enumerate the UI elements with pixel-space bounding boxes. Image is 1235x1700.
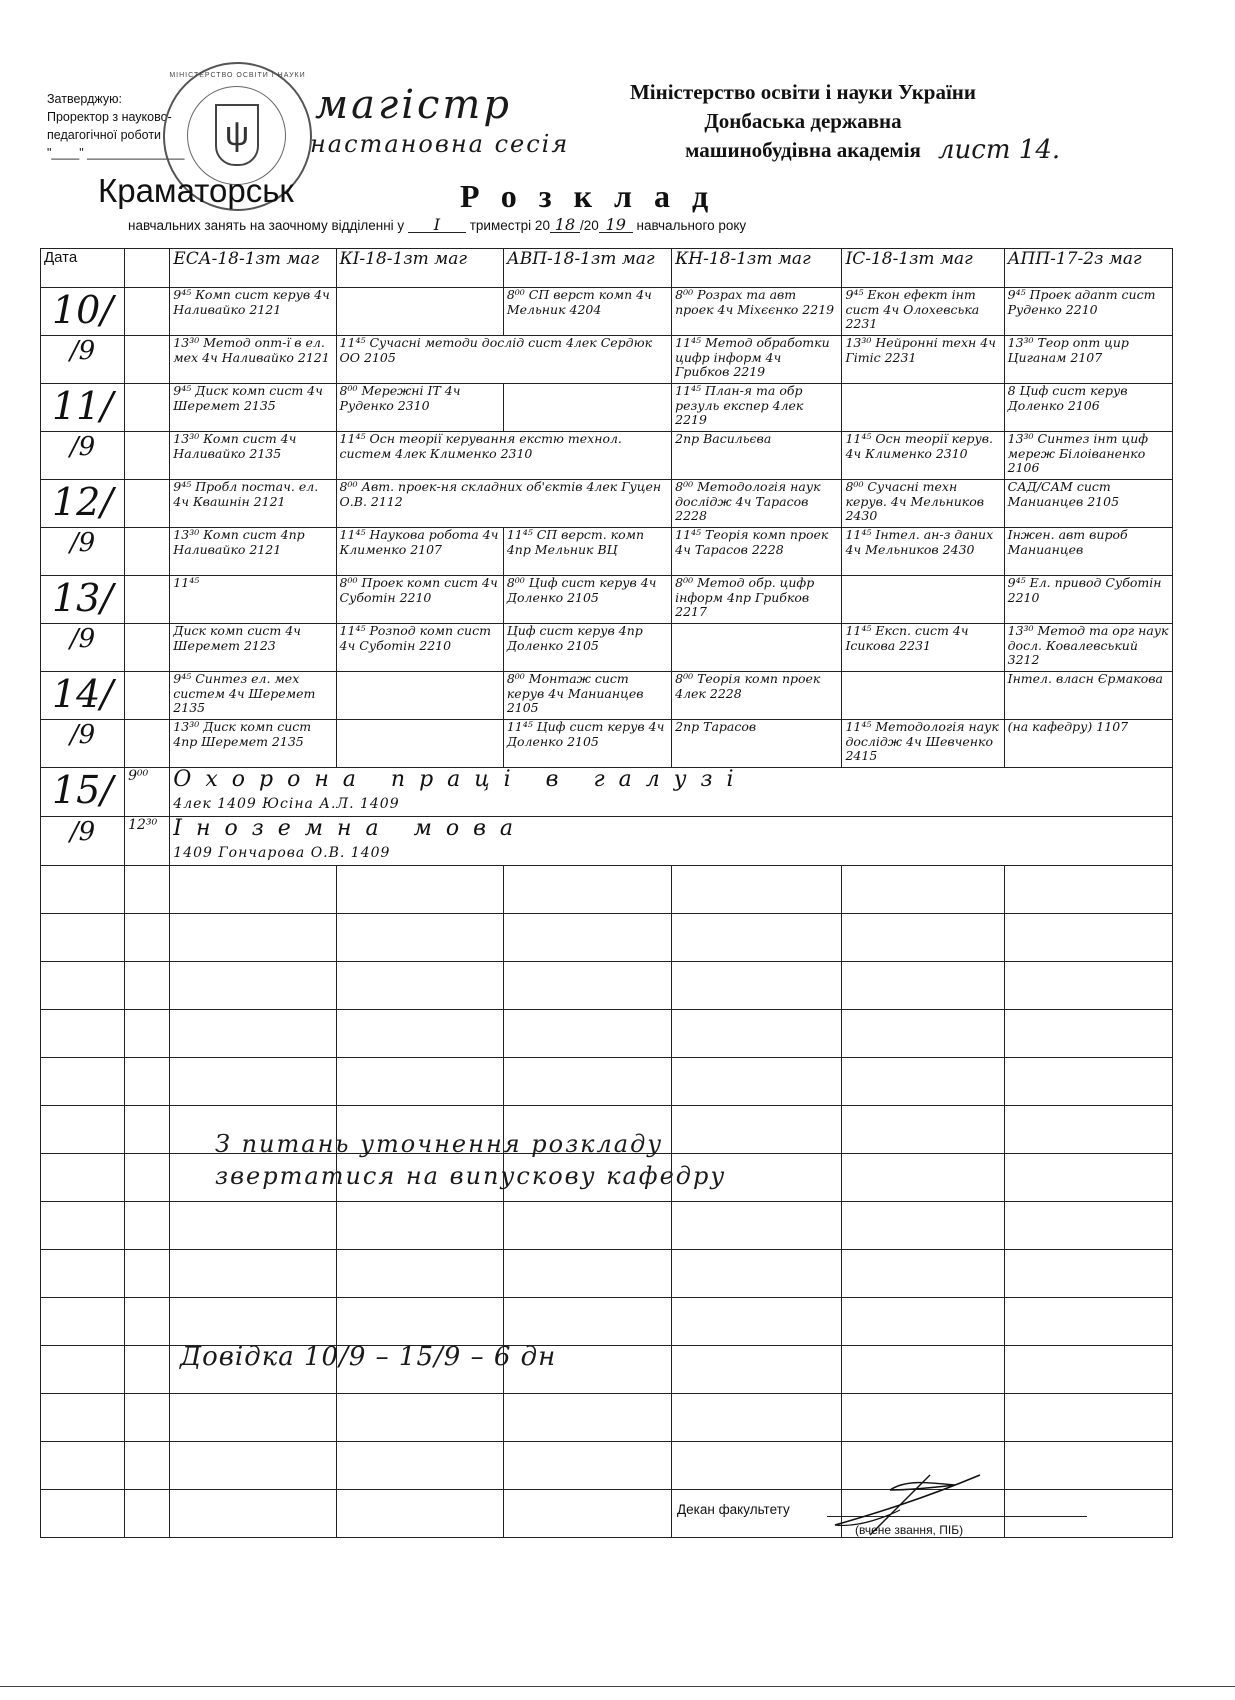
table-header-row: Дата ЕСА-18-1зт маг КІ-18-1зт маг АВП-18…: [41, 249, 1173, 288]
empty-cell: [41, 1346, 125, 1394]
empty-row: [41, 914, 1173, 962]
empty-cell: [672, 1058, 842, 1106]
class-cell: 8⁰⁰ Методологія наук дослідж 4ч Тарасов …: [672, 480, 842, 528]
document-subtitle: навчальних занять на заочному відділенні…: [128, 218, 746, 233]
empty-cell: [503, 1010, 671, 1058]
class-cell: 8⁰⁰ Авт. проек-ня складних об'єктів 4лек…: [336, 480, 672, 528]
empty-cell: [1004, 1490, 1172, 1538]
class-cell: Інжен. авт вироб Манианцев: [1004, 528, 1172, 576]
empty-cell: [842, 1394, 1004, 1442]
empty-cell: [125, 1250, 170, 1298]
class-cell: 8⁰⁰ Розрах та авт проек 4ч Міхєєнко 2219: [672, 288, 842, 336]
class-cell: 13³⁰ Синтез інт циф мереж Білоіваненко 2…: [1004, 432, 1172, 480]
empty-cell: [170, 914, 336, 962]
ministry-line-2: Донбаська державна: [568, 107, 1038, 136]
class-cell: Циф сист керув 4пр Доленко 2105: [503, 624, 671, 672]
degree-label: магістр: [315, 82, 512, 128]
empty-row: [41, 1442, 1173, 1490]
class-cell: 11⁴⁵ Експ. сист 4ч Ісикова 2231: [842, 624, 1004, 672]
empty-cell: [41, 1250, 125, 1298]
empty-cell: [336, 1490, 503, 1538]
class-cell: 11⁴⁵: [170, 576, 336, 624]
time-cell: [125, 288, 170, 336]
class-cell: 8⁰⁰ Монтаж сист керув 4ч Манианцев 2105: [503, 672, 671, 720]
empty-cell: [170, 1058, 336, 1106]
empty-cell: [125, 1442, 170, 1490]
empty-cell: [842, 1010, 1004, 1058]
subtitle-mid: триместрі 20: [470, 218, 550, 233]
class-cell: 13³⁰ Метод опт-ї в ел. мех 4ч Наливайко …: [170, 336, 336, 384]
class-cell: 8⁰⁰ Теорія комп проек 4лек 2228: [672, 672, 842, 720]
class-cell: САД/САМ сист Манианцев 2105: [1004, 480, 1172, 528]
time-column-header: [125, 249, 170, 288]
empty-cell: [842, 1298, 1004, 1346]
class-cell: 8 Циф сист керув Доленко 2106: [1004, 384, 1172, 432]
table-row: /9Диск комп сист 4ч Шеремет 212311⁴⁵ Роз…: [41, 624, 1173, 672]
empty-cell: [170, 1394, 336, 1442]
trimester-field: I: [408, 218, 466, 233]
table-row: 10/9⁴⁵ Комп сист керув 4ч Наливайко 2121…: [41, 288, 1173, 336]
empty-cell: [503, 1250, 671, 1298]
time-cell: [125, 720, 170, 768]
empty-cell: [503, 1442, 671, 1490]
time-cell: [125, 576, 170, 624]
empty-cell: [1004, 1250, 1172, 1298]
empty-cell: [672, 962, 842, 1010]
empty-cell: [842, 866, 1004, 914]
empty-cell: [336, 914, 503, 962]
class-cell: 11⁴⁵ Інтел. ан-з даних 4ч Мельников 2430: [842, 528, 1004, 576]
year-from-field: 18: [550, 218, 580, 233]
empty-cell: [41, 1106, 125, 1154]
class-cell: 11⁴⁵ Теорія комп проек 4ч Тарасов 2228: [672, 528, 842, 576]
date-cell: /9: [41, 624, 125, 672]
empty-cell: [170, 1250, 336, 1298]
class-cell: 11⁴⁵ Наукова робота 4ч Клименко 2107: [336, 528, 503, 576]
empty-cell: [41, 962, 125, 1010]
table-row: 12/9⁴⁵ Пробл постач. ел. 4ч Квашнін 2121…: [41, 480, 1173, 528]
empty-cell: [1004, 1010, 1172, 1058]
document-title: Розклад: [460, 178, 730, 215]
subject-name: Охорона праці в галузі: [173, 768, 747, 793]
empty-row: [41, 1394, 1173, 1442]
time-cell: 9⁰⁰: [125, 768, 170, 817]
class-cell: [842, 576, 1004, 624]
table-row: /913³⁰ Диск комп сист 4пр Шеремет 213511…: [41, 720, 1173, 768]
empty-row: [41, 1202, 1173, 1250]
class-cell: [842, 384, 1004, 432]
empty-cell: [1004, 1298, 1172, 1346]
empty-row: [41, 1298, 1173, 1346]
empty-cell: [125, 962, 170, 1010]
empty-cell: [672, 1442, 842, 1490]
class-cell: 8⁰⁰ СП верст комп 4ч Мельник 4204: [503, 288, 671, 336]
class-cell: 8⁰⁰ Сучасні техн керув. 4ч Мельников 243…: [842, 480, 1004, 528]
empty-cell: [1004, 1106, 1172, 1154]
reference-note: Довідка 10/9 – 15/9 – 6 дн: [180, 1342, 556, 1372]
class-cell: 11⁴⁵ Методологія наук дослідж 4ч Шевченк…: [842, 720, 1004, 768]
empty-cell: [1004, 914, 1172, 962]
ministry-line-1: Міністерство освіти і науки України: [568, 78, 1038, 107]
empty-cell: [170, 1202, 336, 1250]
empty-cell: [170, 1298, 336, 1346]
group-header: КН-18-1зт маг: [672, 249, 842, 288]
empty-cell: [125, 1394, 170, 1442]
trident-emblem-icon: ψ: [215, 104, 259, 166]
subject-detail: 4лек 1409 Юсіна А.Л. 1409: [173, 792, 1169, 816]
class-cell: 2пр Васильєва: [672, 432, 842, 480]
class-cell: 9⁴⁵ Проек адапт сист Руденко 2210: [1004, 288, 1172, 336]
empty-cell: [125, 1298, 170, 1346]
session-label: настановна сесія: [310, 130, 569, 158]
empty-cell: [170, 866, 336, 914]
class-cell: 11⁴⁵ Сучасні методи дослід сист 4лек Сер…: [336, 336, 672, 384]
contact-note-line-2: звертатися на випускову кафедру: [215, 1160, 726, 1192]
empty-cell: [842, 1154, 1004, 1202]
date-cell: 13/: [41, 576, 125, 624]
empty-cell: [336, 1010, 503, 1058]
empty-cell: [170, 1490, 336, 1538]
empty-cell: [41, 1154, 125, 1202]
empty-row: [41, 1250, 1173, 1298]
empty-cell: [672, 914, 842, 962]
class-cell: 8⁰⁰ Циф сист керув 4ч Доленко 2105: [503, 576, 671, 624]
contact-note-line-1: З питань уточнення розкладу: [215, 1128, 726, 1160]
class-cell: [672, 624, 842, 672]
empty-cell: [1004, 962, 1172, 1010]
class-cell: 8⁰⁰ Метод обр. цифр інформ 4пр Грибков 2…: [672, 576, 842, 624]
empty-row: [41, 962, 1173, 1010]
empty-row: [41, 1010, 1173, 1058]
time-cell: 12³⁰: [125, 817, 170, 866]
time-cell: [125, 528, 170, 576]
empty-cell: [125, 1346, 170, 1394]
empty-cell: [1004, 1394, 1172, 1442]
signature-icon: [830, 1470, 990, 1540]
table-row: 14/9⁴⁵ Синтез ел. мех систем 4ч Шеремет …: [41, 672, 1173, 720]
empty-cell: [41, 914, 125, 962]
class-cell: [842, 672, 1004, 720]
table-row: 15/9⁰⁰Охорона праці в галузі4лек 1409 Юс…: [41, 768, 1173, 817]
class-cell: [336, 720, 503, 768]
empty-cell: [125, 1490, 170, 1538]
empty-cell: [336, 962, 503, 1010]
table-row: 13/11⁴⁵8⁰⁰ Проек комп сист 4ч Суботін 22…: [41, 576, 1173, 624]
class-cell: 13³⁰ Комп сист 4ч Наливайко 2135: [170, 432, 336, 480]
empty-cell: [125, 914, 170, 962]
empty-cell: [1004, 1202, 1172, 1250]
class-cell: 9⁴⁵ Пробл постач. ел. 4ч Квашнін 2121: [170, 480, 336, 528]
date-column-header: Дата: [41, 249, 125, 288]
date-cell: 14/: [41, 672, 125, 720]
subtitle-suffix: навчального року: [637, 218, 747, 233]
class-cell: 11⁴⁵ Розпод комп сист 4ч Суботін 2210: [336, 624, 503, 672]
empty-cell: [672, 1010, 842, 1058]
empty-row: [41, 866, 1173, 914]
subtitle-prefix: навчальних занять на заочному відділенні…: [128, 218, 404, 233]
date-cell: 12/: [41, 480, 125, 528]
class-cell: 11⁴⁵ План-я та обр резуль експер 4лек 22…: [672, 384, 842, 432]
class-cell: 13³⁰ Метод та орг наук досл. Ковалевськи…: [1004, 624, 1172, 672]
empty-cell: [41, 1442, 125, 1490]
empty-cell: [125, 1010, 170, 1058]
empty-cell: [672, 1250, 842, 1298]
class-cell: Диск комп сист 4ч Шеремет 2123: [170, 624, 336, 672]
time-cell: [125, 336, 170, 384]
class-cell: 9⁴⁵ Комп сист керув 4ч Наливайко 2121: [170, 288, 336, 336]
empty-cell: [842, 1106, 1004, 1154]
class-cell: 13³⁰ Нейронні техн 4ч Гітіс 2231: [842, 336, 1004, 384]
empty-cell: [41, 1058, 125, 1106]
time-cell: [125, 624, 170, 672]
date-cell: 11/: [41, 384, 125, 432]
empty-cell: [170, 1442, 336, 1490]
group-header: АПП-17-2з маг: [1004, 249, 1172, 288]
date-cell: /9: [41, 817, 125, 866]
date-cell: /9: [41, 336, 125, 384]
class-cell: 8⁰⁰ Мережні ІТ 4ч Руденко 2310: [336, 384, 503, 432]
empty-cell: [672, 1202, 842, 1250]
class-cell: 9⁴⁵ Диск комп сист 4ч Шеремет 2135: [170, 384, 336, 432]
class-cell: 8⁰⁰ Проек комп сист 4ч Суботін 2210: [336, 576, 503, 624]
class-cell: 9⁴⁵ Ел. привод Суботін 2210: [1004, 576, 1172, 624]
class-cell: [336, 288, 503, 336]
empty-cell: [672, 1346, 842, 1394]
empty-cell: [125, 866, 170, 914]
empty-cell: [336, 1394, 503, 1442]
class-cell: 11⁴⁵ СП верст. комп 4пр Мельник ВЦ: [503, 528, 671, 576]
table-row: /913³⁰ Метод опт-ї в ел. мех 4ч Наливайк…: [41, 336, 1173, 384]
date-cell: 10/: [41, 288, 125, 336]
empty-cell: [336, 1298, 503, 1346]
empty-cell: [336, 1250, 503, 1298]
class-cell: 11⁴⁵ Осн теорії керування екстю технол. …: [336, 432, 672, 480]
empty-cell: [503, 914, 671, 962]
empty-cell: [41, 1202, 125, 1250]
dean-label: Декан факультету: [677, 1502, 790, 1517]
group-header: ЕСА-18-1зт маг: [170, 249, 336, 288]
empty-cell: [503, 1490, 671, 1538]
subject-detail: 1409 Гончарова О.В. 1409: [173, 841, 1169, 865]
table-row: /913³⁰ Комп сист 4пр Наливайко 212111⁴⁵ …: [41, 528, 1173, 576]
class-cell-all-groups: Охорона праці в галузі4лек 1409 Юсіна А.…: [170, 768, 1173, 817]
empty-cell: [125, 1058, 170, 1106]
group-header: АВП-18-1зт маг: [503, 249, 671, 288]
empty-cell: [41, 1298, 125, 1346]
year-to-field: 19: [599, 218, 633, 233]
empty-cell: [1004, 1346, 1172, 1394]
approval-label: Затверджую:: [47, 90, 184, 108]
empty-cell: [170, 962, 336, 1010]
empty-cell: [336, 1442, 503, 1490]
class-cell: [336, 672, 503, 720]
table-row: /913³⁰ Комп сист 4ч Наливайко 213511⁴⁵ О…: [41, 432, 1173, 480]
time-cell: [125, 480, 170, 528]
city-name: Краматорськ: [98, 172, 294, 210]
class-cell: 11⁴⁵ Метод обработки цифр інформ 4ч Гриб…: [672, 336, 842, 384]
class-cell: Інтел. власн Єрмакова: [1004, 672, 1172, 720]
time-cell: [125, 384, 170, 432]
empty-cell: [41, 1010, 125, 1058]
empty-cell: [336, 866, 503, 914]
empty-cell: [503, 1058, 671, 1106]
table-row: 11/9⁴⁵ Диск комп сист 4ч Шеремет 21358⁰⁰…: [41, 384, 1173, 432]
date-cell: 15/: [41, 768, 125, 817]
empty-cell: [503, 1394, 671, 1442]
empty-cell: [503, 962, 671, 1010]
group-header: ІС-18-1зт маг: [842, 249, 1004, 288]
year-sep: /20: [580, 218, 599, 233]
empty-cell: [125, 1154, 170, 1202]
class-cell: 2пр Тарасов: [672, 720, 842, 768]
contact-note: З питань уточнення розкладу звертатися н…: [215, 1128, 726, 1192]
date-cell: /9: [41, 720, 125, 768]
empty-cell: [503, 1298, 671, 1346]
empty-cell: [1004, 1154, 1172, 1202]
empty-cell: [1004, 866, 1172, 914]
class-cell: 11⁴⁵ Циф сист керув 4ч Доленко 2105: [503, 720, 671, 768]
subject-name: Іноземна мова: [173, 817, 527, 842]
empty-cell: [842, 1058, 1004, 1106]
class-cell: 13³⁰ Теор опт цир Циганам 2107: [1004, 336, 1172, 384]
empty-row: [41, 1058, 1173, 1106]
class-cell: 13³⁰ Комп сист 4пр Наливайко 2121: [170, 528, 336, 576]
class-cell: [503, 384, 671, 432]
empty-cell: [1004, 1442, 1172, 1490]
empty-cell: [842, 1202, 1004, 1250]
class-cell: 11⁴⁵ Осн теорії керув. 4ч Клименко 2310: [842, 432, 1004, 480]
empty-cell: [41, 1394, 125, 1442]
empty-cell: [125, 1106, 170, 1154]
empty-cell: [842, 962, 1004, 1010]
time-cell: [125, 672, 170, 720]
empty-cell: [672, 866, 842, 914]
empty-row: [41, 1490, 1173, 1538]
empty-cell: [842, 1346, 1004, 1394]
class-cell-all-groups: Іноземна мова1409 Гончарова О.В. 1409: [170, 817, 1173, 866]
empty-cell: [503, 1202, 671, 1250]
empty-cell: [1004, 1058, 1172, 1106]
table-row: /912³⁰Іноземна мова1409 Гончарова О.В. 1…: [41, 817, 1173, 866]
empty-cell: [336, 1058, 503, 1106]
empty-cell: [41, 866, 125, 914]
empty-cell: [842, 914, 1004, 962]
date-cell: /9: [41, 528, 125, 576]
time-cell: [125, 432, 170, 480]
seal-text: МІНІСТЕРСТВО ОСВІТИ І НАУКИ: [165, 72, 310, 79]
class-cell: (на кафедру) 1107: [1004, 720, 1172, 768]
empty-cell: [842, 1250, 1004, 1298]
empty-cell: [672, 1298, 842, 1346]
class-cell: 9⁴⁵ Синтез ел. мех систем 4ч Шеремет 213…: [170, 672, 336, 720]
page-bottom-rule: [0, 1686, 1235, 1687]
empty-cell: [336, 1202, 503, 1250]
empty-cell: [41, 1490, 125, 1538]
sheet-number: лист 14.: [938, 135, 1060, 165]
date-cell: /9: [41, 432, 125, 480]
class-cell: 9⁴⁵ Екон ефект інт сист 4ч Олохевська 22…: [842, 288, 1004, 336]
class-cell: 13³⁰ Диск комп сист 4пр Шеремет 2135: [170, 720, 336, 768]
empty-cell: [125, 1202, 170, 1250]
empty-cell: [672, 1394, 842, 1442]
empty-cell: [503, 866, 671, 914]
empty-cell: [170, 1010, 336, 1058]
group-header: КІ-18-1зт маг: [336, 249, 503, 288]
